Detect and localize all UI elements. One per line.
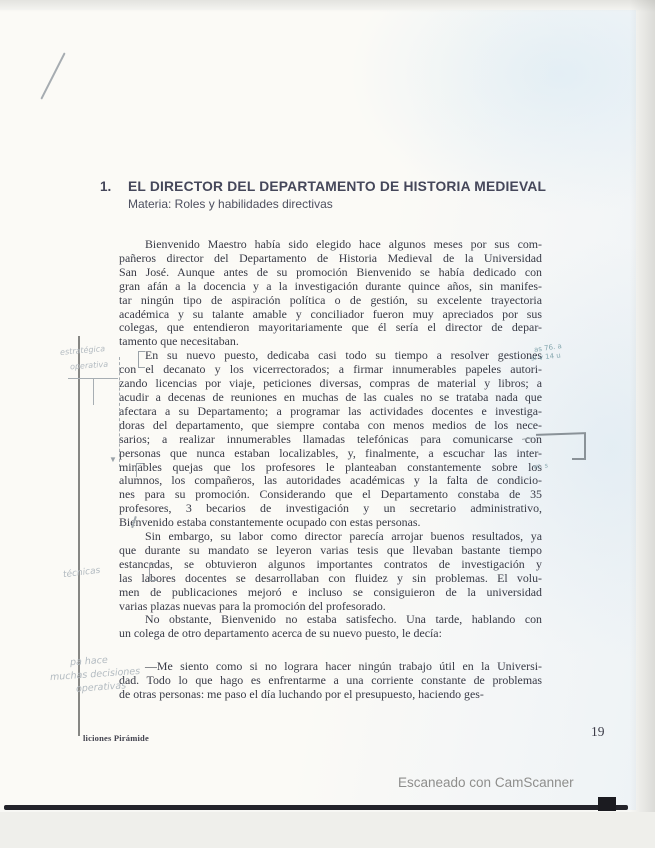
- body-line: zando licencias por viaje, peticiones di…: [119, 377, 542, 391]
- body-line: Bienvenido estaba constantemente ocupado…: [119, 516, 542, 530]
- chapter-subtitle: Materia: Roles y habilidades directivas: [128, 197, 570, 211]
- scan-below-page: [0, 812, 655, 848]
- body-line: académica y su talante amable y concilia…: [119, 308, 542, 322]
- body-line: —Me siento como si no lograra hacer ning…: [119, 660, 542, 674]
- scan-top-edge: [0, 0, 655, 12]
- body-line: profesores, 3 becarios de investigación …: [119, 502, 542, 516]
- publisher-imprint: liciones Pirámide: [83, 733, 149, 743]
- body-line: las labores docentes se desarrollaban co…: [119, 572, 542, 586]
- body-line: con el decanato y los vicerrectorados; a…: [119, 363, 542, 377]
- body-line: varias plazas nuevas para la promoción d…: [119, 600, 542, 614]
- body-paragraph: Bienvenido Maestro había sido elegido ha…: [119, 238, 542, 349]
- body-paragraph: No obstante, Bienvenido no estaba satisf…: [119, 613, 542, 641]
- pencil-tline: [93, 379, 94, 405]
- body-line: colegas, que entendieron mayoritariament…: [119, 321, 542, 335]
- body-line: un colega de otro departamento acerca de…: [119, 627, 542, 641]
- body-line: Sin embargo, su labor como director pare…: [119, 530, 542, 544]
- page-number: 19: [591, 724, 605, 740]
- body-line: minables quejas que los profesores le pl…: [119, 461, 542, 475]
- body-line: afectara a su Departamento; a programar …: [119, 405, 542, 419]
- body-paragraph: En su nuevo puesto, dedicaba casi todo s…: [119, 349, 542, 530]
- pencil-bracket-icon: [136, 463, 143, 477]
- body-line: men de publicaciones mejoró e incluso se…: [119, 586, 542, 600]
- body-line: sarios; a realizar innumerables llamadas…: [119, 433, 542, 447]
- pencil-arrow-shape: [584, 433, 586, 460]
- body-line: nes para su promoción. Considerando que …: [119, 488, 542, 502]
- pencil-arrow-down-icon: ▼: [109, 455, 117, 464]
- margin-scribble-arrow-label: vc. s: [533, 461, 549, 470]
- body-line: Bienvenido Maestro había sido elegido ha…: [119, 238, 542, 252]
- body-line: que durante su mandato se leyeron varias…: [119, 544, 542, 558]
- body-paragraph: Sin embargo, su labor como director pare…: [119, 530, 542, 613]
- body-line: estancadas, se obtuvieron algunos import…: [119, 558, 542, 572]
- pencil-bracket-icon: [138, 351, 145, 368]
- pencil-margin-line: [119, 357, 120, 467]
- body-line: acudir a decenas de reuniones en muchas …: [119, 391, 542, 405]
- body-line: de otras personas: me paso el día luchan…: [119, 688, 542, 702]
- scan-bottom-corner-mark: [598, 797, 616, 811]
- body-line: tamento que necesitaban.: [119, 335, 542, 349]
- body-line: En su nuevo puesto, dedicaba casi todo s…: [119, 349, 542, 363]
- body-line: gran afán a la docencia y a la investiga…: [119, 280, 542, 294]
- body-line: doras del departamento, que siempre cont…: [119, 419, 542, 433]
- body-paragraph: —Me siento como si no lograra hacer ning…: [119, 660, 542, 702]
- scan-bottom-edge: [4, 805, 628, 810]
- chapter-heading: 1. EL DIRECTOR DEL DEPARTAMENTO DE HISTO…: [100, 179, 570, 211]
- scan-right-edge: [630, 0, 655, 848]
- body-line: dad. Todo lo que hago es enfrentarme a u…: [119, 674, 542, 688]
- chapter-number: 1.: [100, 179, 128, 194]
- body-line: tar ningún tipo de aspiración política o…: [119, 294, 542, 308]
- body-line: pañeros director del Departamento de His…: [119, 252, 542, 266]
- body-line: alumnos, los compañeros, las autoridades…: [119, 474, 542, 488]
- scanned-page-canvas: 1. EL DIRECTOR DEL DEPARTAMENTO DE HISTO…: [0, 0, 655, 848]
- body-line: San José. Aunque antes de su promoción B…: [119, 266, 542, 280]
- body-text: Bienvenido Maestro había sido elegido ha…: [119, 238, 542, 702]
- pencil-arrow-shape: [572, 458, 586, 460]
- pencil-bracket-icon: [149, 563, 157, 581]
- chapter-title: EL DIRECTOR DEL DEPARTAMENTO DE HISTORIA…: [128, 179, 546, 194]
- body-line: No obstante, Bienvenido no estaba satisf…: [119, 613, 542, 627]
- body-line: personas que nunca estaban localizables,…: [119, 447, 542, 461]
- camscanner-credit: Escaneado con CamScanner: [398, 775, 574, 790]
